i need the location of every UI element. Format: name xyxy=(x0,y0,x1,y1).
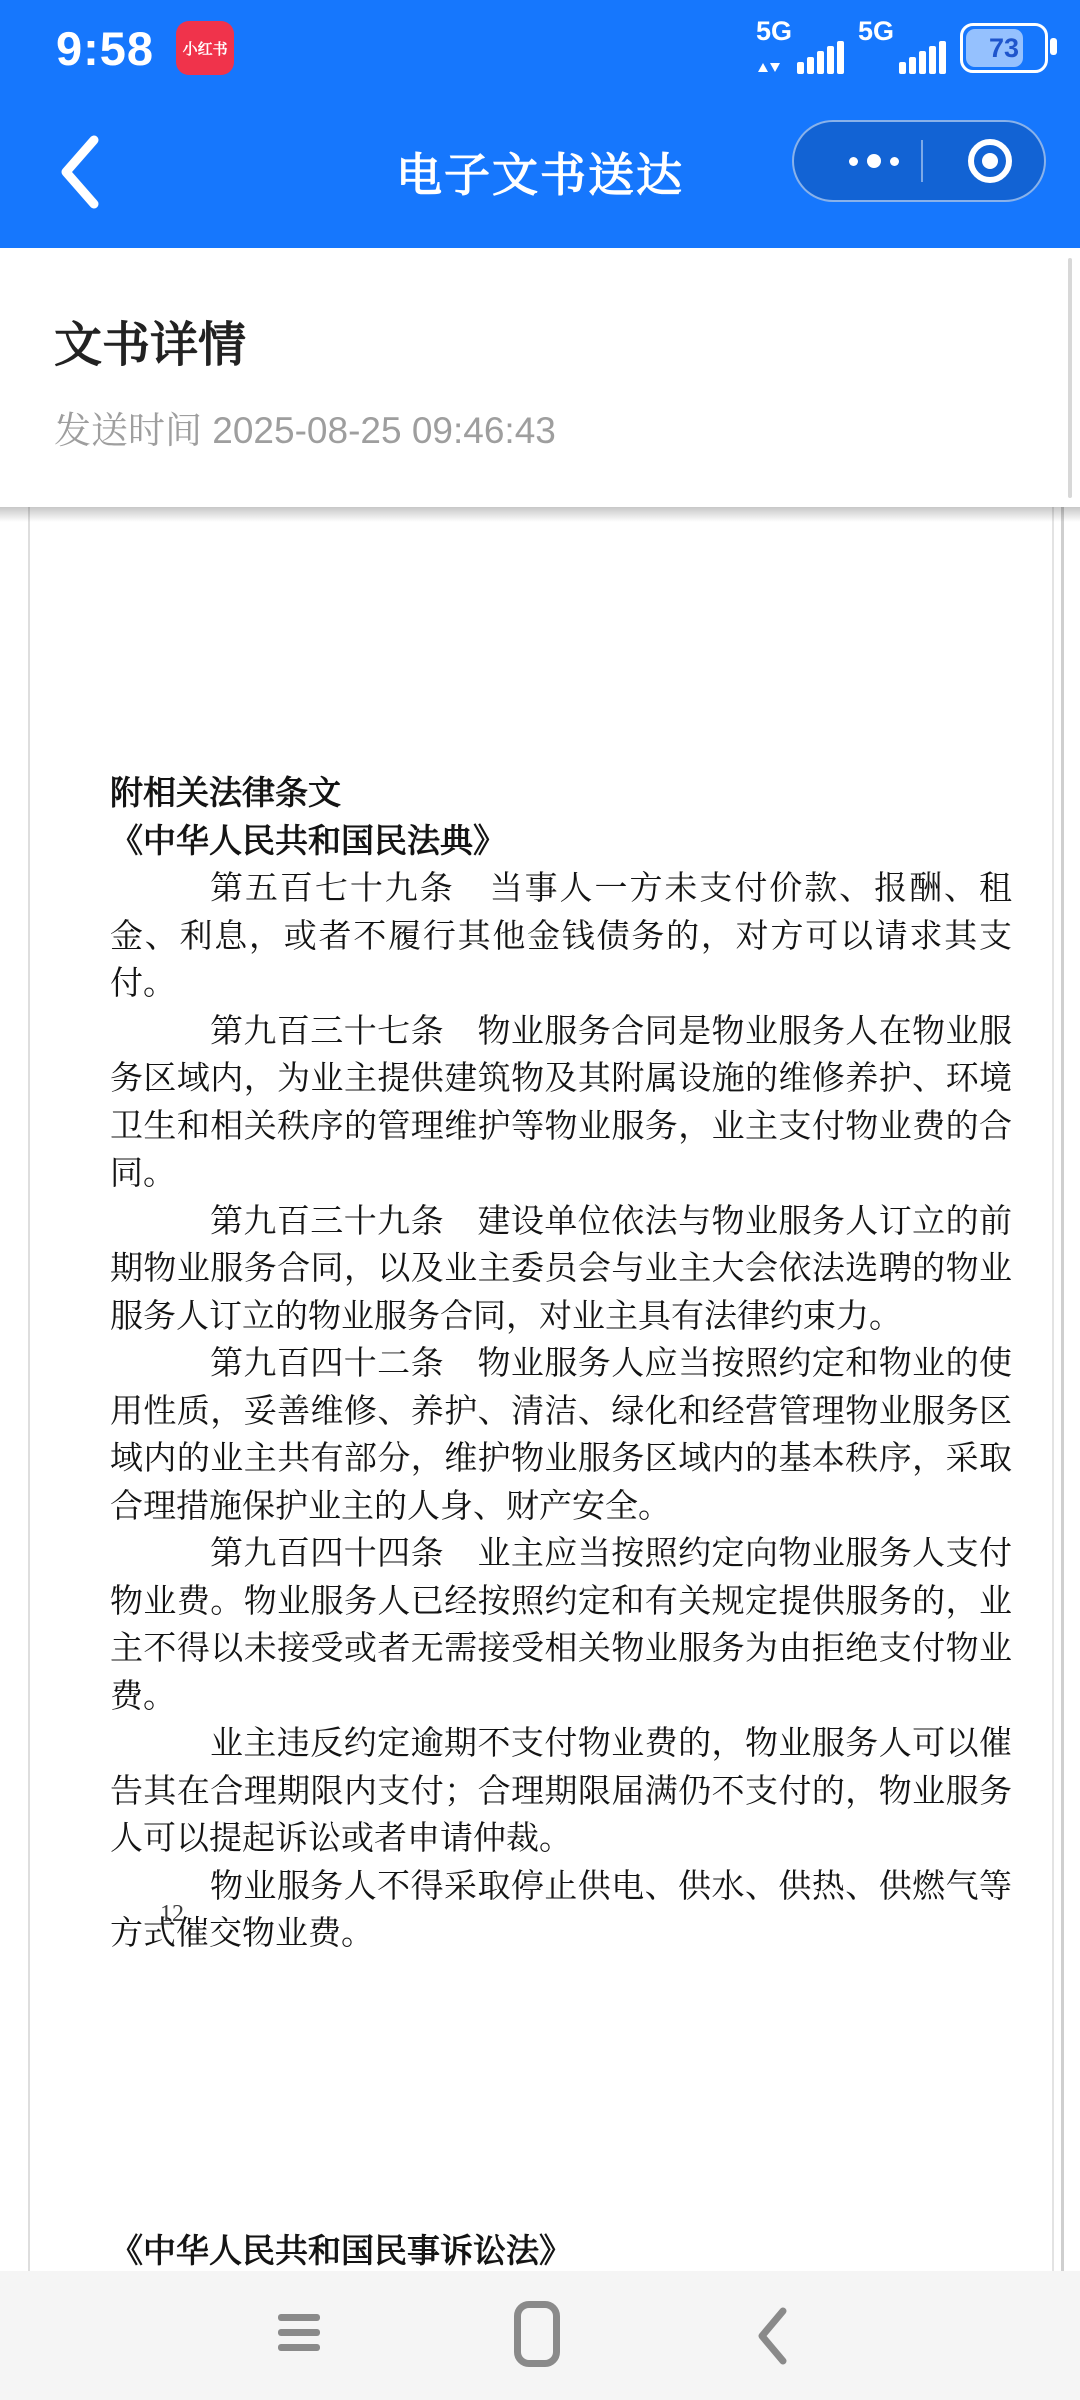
law-paragraph: 第五百七十九条 当事人一方未支付价款、报酬、租金、利息，或者不履行其他金钱债务的… xyxy=(110,866,1012,1009)
battery-percent: 73 xyxy=(963,26,1045,70)
xiaohongshu-badge-icon: 小红书 xyxy=(176,21,234,75)
law-paragraphs: 第五百七十九条 当事人一方未支付价款、报酬、租金、利息，或者不履行其他金钱债务的… xyxy=(110,866,1012,1959)
page-scrollbar[interactable] xyxy=(1061,507,1064,2271)
law-paragraph: 业主违反约定逾期不支付物业费的，物业服务人可以催告其在合理期限内支付；合理期限届… xyxy=(110,1721,1012,1864)
law-paragraph: 第九百三十九条 建设单位依法与物业服务人订立的前期物业服务合同，以及业主委员会与… xyxy=(110,1199,1012,1342)
menu-icon[interactable] xyxy=(278,2314,320,2359)
section-title: 文书详情 xyxy=(54,306,246,375)
page-left-edge xyxy=(28,507,30,2271)
law-paragraph: 第九百四十二条 物业服务人应当按照约定和物业的使用性质，妥善维修、养护、清洁、绿… xyxy=(110,1341,1012,1531)
capsule-divider xyxy=(921,140,923,182)
app-header: 电子文书送达 xyxy=(0,96,1080,248)
android-nav-bar xyxy=(0,2271,1080,2400)
document-page-text: 附相关法律条文 《中华人民共和国民法典》 第五百七十九条 当事人一方未支付价款、… xyxy=(110,771,1012,1959)
battery-icon: 73 xyxy=(960,23,1048,73)
phone-screen: 9:58 小红书 5G 5G 73 xyxy=(0,0,1080,2400)
signal-bars-icon xyxy=(899,41,946,74)
signal-bars-icon xyxy=(797,41,844,74)
status-bar: 9:58 小红书 5G 5G 73 xyxy=(0,0,1080,96)
more-button[interactable] xyxy=(824,122,924,200)
back-icon[interactable] xyxy=(755,2306,789,2371)
miniprogram-capsule xyxy=(792,120,1046,202)
sent-time-line: 发送时间 2025-08-25 09:46:43 xyxy=(54,400,556,454)
page-number: 12 xyxy=(160,1901,184,1928)
law-paragraph: 第九百三十七条 物业服务合同是物业服务人在物业服务区域内，为业主提供建筑物及其附… xyxy=(110,1009,1012,1199)
law-paragraph: 物业服务人不得采取停止供电、供水、供热、供燃气等方式催交物业费。 xyxy=(110,1864,1012,1959)
doc-heading: 附相关法律条文 xyxy=(110,771,1012,819)
page-right-edge xyxy=(1052,507,1054,2271)
pdf-viewer[interactable]: 附相关法律条文 《中华人民共和国民法典》 第五百七十九条 当事人一方未支付价款、… xyxy=(0,507,1080,2271)
network-type-label: 5G xyxy=(756,16,792,47)
scrollbar[interactable] xyxy=(1068,258,1072,498)
header-scroll-shadow xyxy=(0,507,1080,522)
data-activity-icon xyxy=(758,63,780,72)
home-icon[interactable] xyxy=(514,2301,560,2367)
law-paragraph: 第九百四十四条 业主应当按照约定向物业服务人支付物业费。物业服务人已经按照约定和… xyxy=(110,1531,1012,1721)
document-info-section: 文书详情 发送时间 2025-08-25 09:46:43 xyxy=(0,248,1080,507)
next-law-title: 《中华人民共和国民事诉讼法》 xyxy=(110,2225,572,2272)
doc-law-title: 《中华人民共和国民法典》 xyxy=(110,819,1012,867)
signal-sim1: 5G xyxy=(756,18,844,78)
battery-nub xyxy=(1050,38,1057,55)
network-type-label: 5G xyxy=(858,16,894,47)
clock: 9:58 xyxy=(56,21,154,76)
exit-circle-button[interactable] xyxy=(968,139,1012,183)
signal-sim2: 5G xyxy=(858,18,946,78)
